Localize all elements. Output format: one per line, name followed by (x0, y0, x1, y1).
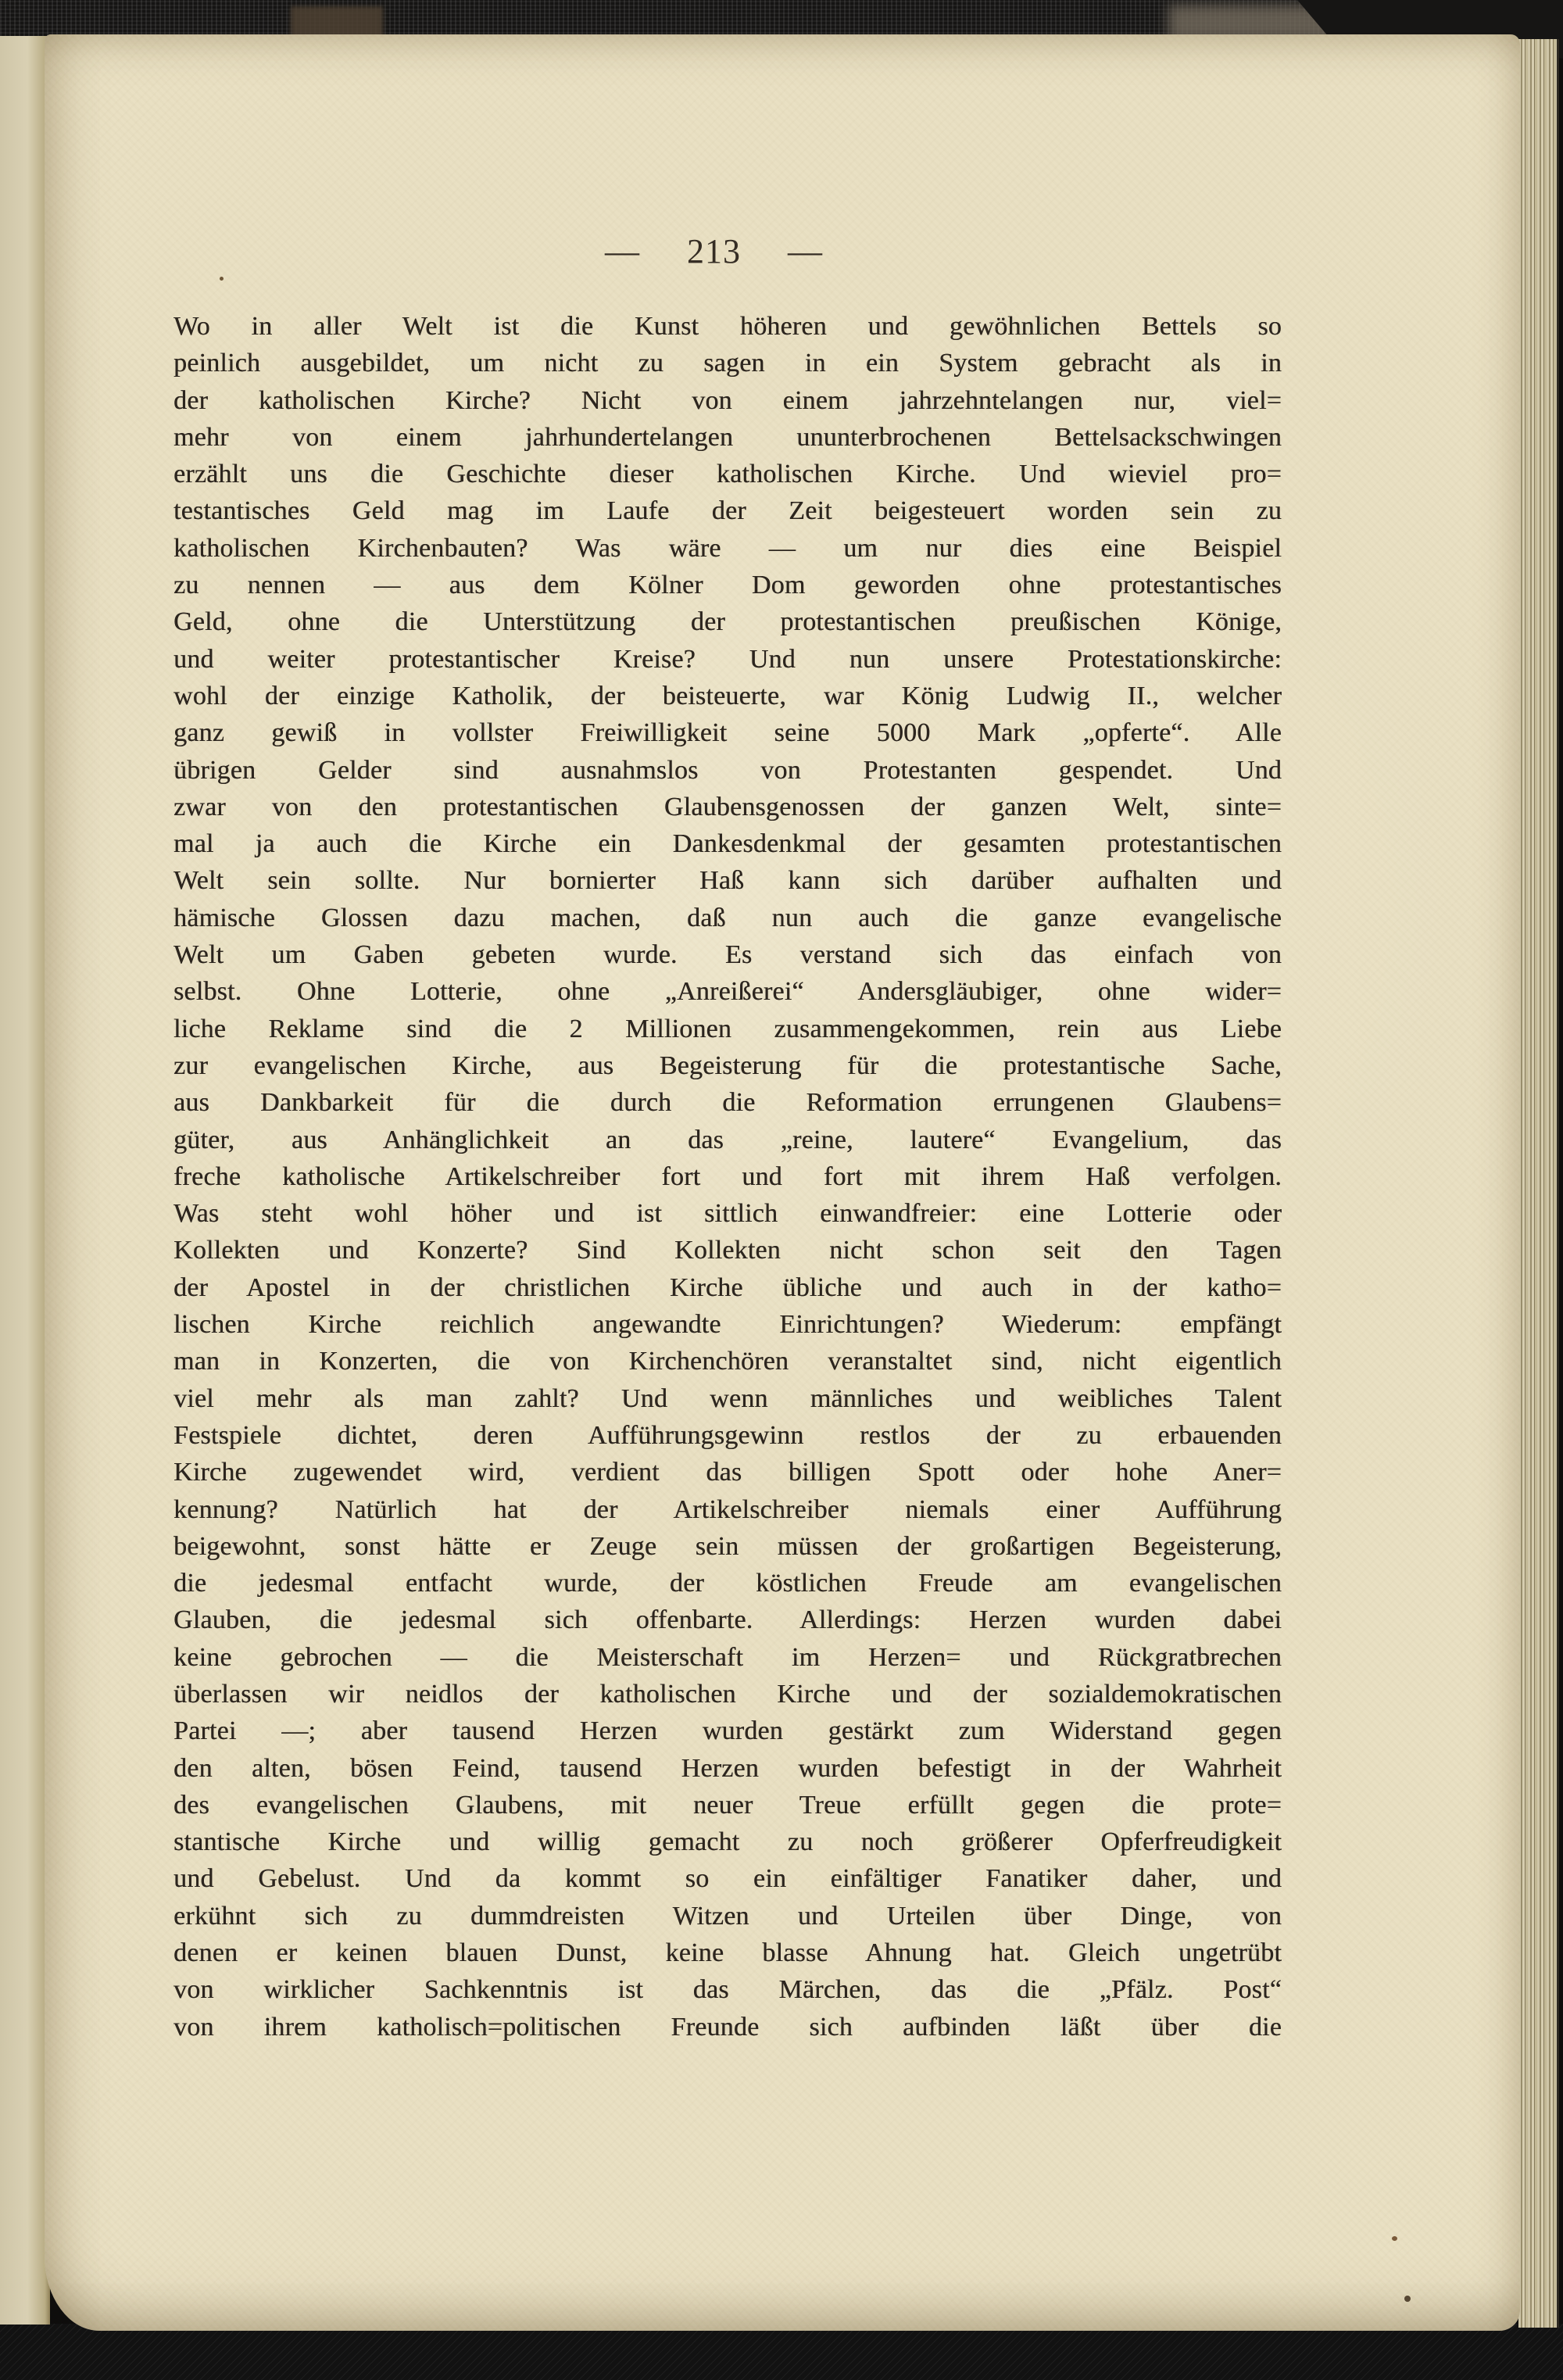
page-number: 213 (687, 232, 741, 270)
text-line: Kirche zugewendet wird, verdient das bil… (173, 1454, 1282, 1491)
text-line: Was steht wohl höher und ist sittlich ei… (173, 1195, 1282, 1232)
text-line: lischen Kirche reichlich angewandte Einr… (173, 1306, 1282, 1343)
text-line: der katholischen Kirche? Nicht von einem… (173, 382, 1282, 419)
header-dash-left: — (605, 232, 640, 270)
text-line: denen er keinen blauen Dunst, keine blas… (173, 1934, 1282, 1971)
text-line: den alten, bösen Feind, tausend Herzen w… (173, 1750, 1282, 1787)
header-dash-right: — (788, 232, 823, 270)
text-line: Partei —; aber tausend Herzen wurden ges… (173, 1713, 1282, 1749)
text-line: kennung? Natürlich hat der Artikelschrei… (173, 1491, 1282, 1528)
text-line: Wo in aller Welt ist die Kunst höheren u… (173, 308, 1282, 345)
text-line: Kollekten und Konzerte? Sind Kollekten n… (173, 1232, 1282, 1269)
text-line: viel mehr als man zahlt? Und wenn männli… (173, 1380, 1282, 1417)
text-block: Wo in aller Welt ist die Kunst höheren u… (173, 308, 1282, 2045)
text-line: katholischen Kirchenbauten? Was wäre — u… (173, 530, 1282, 567)
text-line: Welt sein sollte. Nur bornierter Haß kan… (173, 862, 1282, 899)
text-line: mal ja auch die Kirche ein Dankesdenkmal… (173, 825, 1282, 862)
text-line: Glauben, die jedesmal sich offenbarte. A… (173, 1602, 1282, 1638)
text-line: freche katholische Artikelschreiber fort… (173, 1158, 1282, 1195)
text-line: aus Dankbarkeit für die durch die Reform… (173, 1084, 1282, 1121)
text-line: testantisches Geld mag im Laufe der Zeit… (173, 492, 1282, 529)
ink-speck (1404, 2296, 1411, 2302)
underlying-page-edge (0, 36, 50, 2325)
page-stack-fore-edge (1518, 39, 1559, 2328)
text-line: stantische Kirche und willig gemacht zu … (173, 1823, 1282, 1860)
text-line: des evangelischen Glaubens, mit neuer Tr… (173, 1787, 1282, 1823)
text-line: erzählt uns die Geschichte dieser kathol… (173, 456, 1282, 492)
text-line: überlassen wir neidlos der katholischen … (173, 1676, 1282, 1713)
text-line: peinlich ausgebildet, um nicht zu sagen … (173, 345, 1282, 381)
text-line: güter, aus Anhänglichkeit an das „reine,… (173, 1122, 1282, 1158)
book-cover-bottom-edge (0, 2324, 1563, 2380)
page-header: —213— (154, 233, 1274, 270)
text-line: mehr von einem jahrhundertelangen ununte… (173, 419, 1282, 456)
ink-speck (220, 277, 224, 281)
text-line: zur evangelischen Kirche, aus Begeisteru… (173, 1047, 1282, 1084)
cover-wear-patch (291, 6, 383, 38)
text-line: und Gebelust. Und da kommt so ein einfäl… (173, 1860, 1282, 1897)
text-line: wohl der einzige Katholik, der beisteuer… (173, 678, 1282, 714)
text-line: zwar von den protestantischen Glaubensge… (173, 789, 1282, 825)
text-line: Welt um Gaben gebeten wurde. Es verstand… (173, 936, 1282, 973)
text-line: ganz gewiß in vollster Freiwilligkeit se… (173, 714, 1282, 751)
text-line: erkühnt sich zu dummdreisten Witzen und … (173, 1898, 1282, 1934)
text-line: Geld, ohne die Unterstützung der protest… (173, 603, 1282, 640)
text-line: von wirklicher Sachkenntnis ist das Märc… (173, 1971, 1282, 2008)
text-line: von ihrem katholisch=politischen Freunde… (173, 2009, 1282, 2045)
text-line: man in Konzerten, die von Kirchenchören … (173, 1343, 1282, 1380)
text-line: zu nennen — aus dem Kölner Dom geworden … (173, 567, 1282, 603)
text-line: der Apostel in der christlichen Kirche ü… (173, 1269, 1282, 1306)
text-line: die jedesmal entfacht wurde, der köstlic… (173, 1565, 1282, 1602)
text-line: liche Reklame sind die 2 Millionen zusam… (173, 1011, 1282, 1047)
text-line: beigewohnt, sonst hätte er Zeuge sein mü… (173, 1528, 1282, 1565)
text-line: Festspiele dichtet, deren Aufführungsgew… (173, 1417, 1282, 1454)
ink-speck (1392, 2236, 1397, 2241)
book-page: —213— Wo in aller Welt ist die Kunst höh… (45, 34, 1520, 2331)
text-line: und weiter protestantischer Kreise? Und … (173, 641, 1282, 678)
text-line: hämische Glossen dazu machen, daß nun au… (173, 900, 1282, 936)
text-line: keine gebrochen — die Meisterschaft im H… (173, 1639, 1282, 1676)
text-line: übrigen Gelder sind ausnahmslos von Prot… (173, 752, 1282, 789)
text-line: selbst. Ohne Lotterie, ohne „Anreißerei“… (173, 973, 1282, 1010)
